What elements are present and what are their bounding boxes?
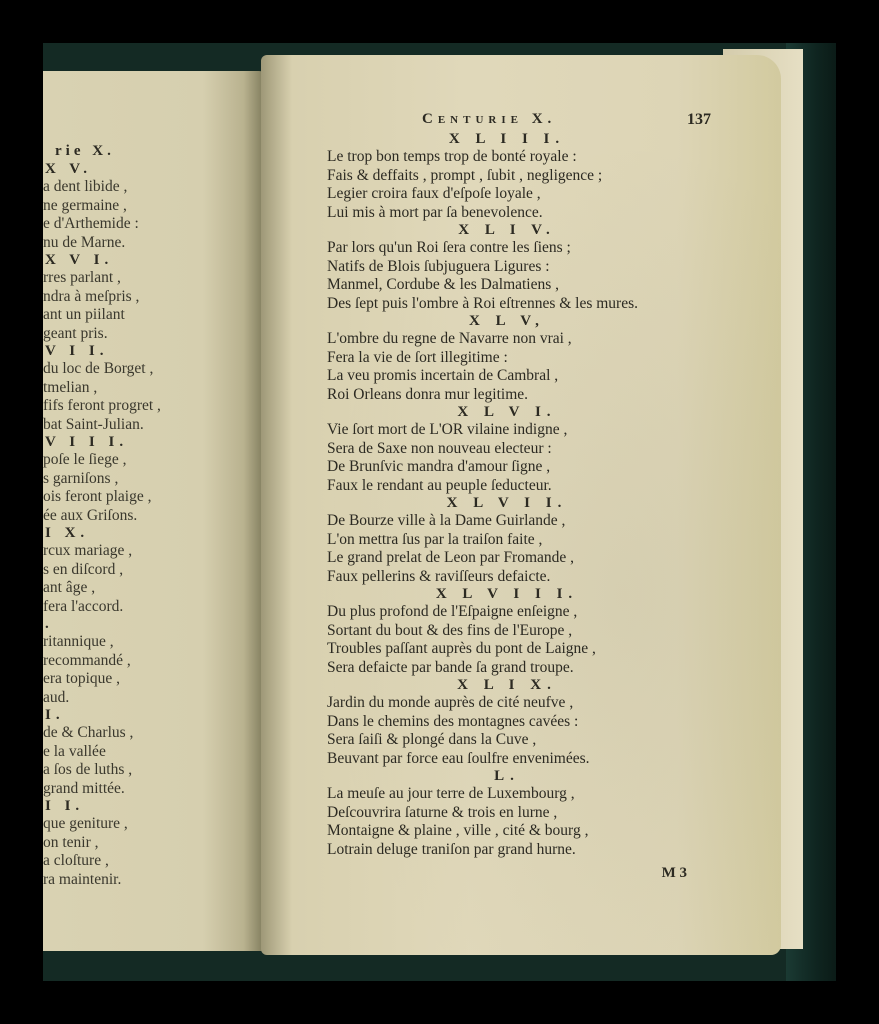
quatrain-number: X L V I. (327, 404, 687, 421)
verse-line: L'ombre du regne de Navarre non vrai , (327, 330, 727, 349)
left-running-head: rie X. (43, 143, 263, 161)
left-quatrain-number: . (43, 616, 263, 633)
left-verse-line: grand mittée. (43, 780, 263, 799)
verse-line: Manmel, Cordube & les Dalmatiens , (327, 276, 727, 295)
verse-line: Du plus profond de l'Eſpaigne enſeigne , (327, 603, 727, 622)
running-head-title: Centurie X. (422, 111, 556, 128)
left-quatrain-number: I. (43, 707, 263, 724)
left-quatrain-number: X V I. (43, 252, 263, 269)
verse-line: Lotrain deluge traniſon par grand hurne. (327, 841, 727, 860)
left-verse-line: on tenir , (43, 834, 263, 853)
verse-line: Sera defaicte par bande ſa grand troupe. (327, 659, 727, 678)
left-verse-line: a ſos de luths , (43, 761, 263, 780)
left-verse-line: rcux mariage , (43, 542, 263, 561)
quatrain-number: X L I V. (327, 222, 687, 239)
left-verse-line: nu de Marne. (43, 234, 263, 253)
verse-line: Faux le rendant au peuple ſeducteur. (327, 477, 727, 496)
verse-line: Beuvant par force eau ſoulfre envenimées… (327, 750, 727, 769)
verse-line: Troubles paſſant auprès du pont de Laign… (327, 640, 727, 659)
verse-line: Deſcouvrira ſaturne & trois en lurne , (327, 804, 727, 823)
verse-line: Legier croira faux d'eſpoſe loyale , (327, 185, 727, 204)
left-verse-line: rres parlant , (43, 269, 263, 288)
left-verse-line: recommandé , (43, 652, 263, 671)
verse-line: La veu promis incertain de Cambral , (327, 367, 727, 386)
left-page-text: rie X. X V.a dent libide ,ne germaine ,e… (43, 143, 263, 889)
left-verse-line: s en diſcord , (43, 561, 263, 580)
verse-line: De Brunſvic mandra d'amour ſigne , (327, 458, 727, 477)
quatrain-number: X L V I I. (327, 495, 687, 512)
left-verse-line: ritannique , (43, 633, 263, 652)
verse-line: Des ſept puis l'ombre à Roi eſtrennes & … (327, 295, 727, 314)
left-verse-line: ois feront plaige , (43, 488, 263, 507)
right-page: Centurie X. 137 X L I I I.Le trop bon te… (261, 55, 781, 955)
page-number: 137 (687, 111, 711, 129)
quatrain-number: X L V I I I. (327, 586, 687, 603)
left-verse-line: que geniture , (43, 815, 263, 834)
left-verse-line: a dent libide , (43, 178, 263, 197)
left-verse-line: ra maintenir. (43, 871, 263, 890)
left-verse-line: bat Saint-Julian. (43, 416, 263, 435)
left-verse-line: e d'Arthemide : (43, 215, 263, 234)
left-verse-line: ne germaine , (43, 197, 263, 216)
left-verse-line: de & Charlus , (43, 724, 263, 743)
verse-line: De Bourze ville à la Dame Guirlande , (327, 512, 727, 531)
verse-line: Natifs de Blois ſubjuguera Ligures : (327, 258, 727, 277)
left-verse-line: fera l'accord. (43, 598, 263, 617)
left-quatrain-number: X V. (43, 161, 263, 178)
verse-line: Fera la vie de ſort illegitime : (327, 349, 727, 368)
left-verse-line: ndra à meſpris , (43, 288, 263, 307)
verse-line: Par lors qu'un Roi ſera contre les ſiens… (327, 239, 727, 258)
left-quatrain-number: V I I I. (43, 434, 263, 451)
verse-line: Montaigne & plaine , ville , cité & bour… (327, 822, 727, 841)
left-verse-line: s garniſons , (43, 470, 263, 489)
verse-line: Le grand prelat de Leon par Fromande , (327, 549, 727, 568)
verse-line: Sortant du bout & des fins de l'Europe , (327, 622, 727, 641)
left-verse-line: a cloſture , (43, 852, 263, 871)
verse-line: Dans le chemins des montagnes cavées : (327, 713, 727, 732)
quatrain-number: X L V, (327, 313, 687, 330)
signature-mark: M 3 (327, 865, 687, 882)
verse-line: La meuſe au jour terre de Luxembourg , (327, 785, 727, 804)
verse-line: L'on mettra ſus par la traiſon faite , (327, 531, 727, 550)
verse-line: Jardin du monde auprès de cité neufve , (327, 694, 727, 713)
left-verse-line: ant un piilant (43, 306, 263, 325)
verse-line: Le trop bon temps trop de bonté royale : (327, 148, 727, 167)
left-verse-line: aud. (43, 689, 263, 708)
left-verse-line: fifs feront progret , (43, 397, 263, 416)
verse-line: Vie ſort mort de L'OR vilaine indigne , (327, 421, 727, 440)
left-verse-line: e la vallée (43, 743, 263, 762)
left-verse-line: du loc de Borget , (43, 360, 263, 379)
quatrain-number: X L I I I. (327, 131, 687, 148)
verse-line: Lui mis à mort par ſa benevolence. (327, 204, 727, 223)
right-page-text: Centurie X. 137 X L I I I.Le trop bon te… (327, 111, 727, 882)
running-head: Centurie X. 137 (327, 111, 727, 131)
left-quatrain-number: I X. (43, 525, 263, 542)
book-photo: rie X. X V.a dent libide ,ne germaine ,e… (43, 43, 836, 981)
verse-line: Sera ſaiſi & plongé dans la Cuve , (327, 731, 727, 750)
left-verse-line: ant âge , (43, 579, 263, 598)
left-verse-line: tmelian , (43, 379, 263, 398)
verse-line: Sera de Saxe non nouveau electeur : (327, 440, 727, 459)
left-page: rie X. X V.a dent libide ,ne germaine ,e… (43, 71, 271, 951)
left-verse-line: era topique , (43, 670, 263, 689)
quatrain-number: L. (327, 768, 687, 785)
left-verse-line: poſe le ſiege , (43, 451, 263, 470)
left-verse-line: geant pris. (43, 325, 263, 344)
left-quatrain-number: I I. (43, 798, 263, 815)
verse-line: Fais & deffaits , prompt , ſubit , negli… (327, 167, 727, 186)
left-verse-line: ée aux Griſons. (43, 507, 263, 526)
quatrain-number: X L I X. (327, 677, 687, 694)
verse-line: Faux pellerins & raviſſeurs defaicte. (327, 568, 727, 587)
left-quatrain-number: V I I. (43, 343, 263, 360)
verse-line: Roi Orleans donra mur legitime. (327, 386, 727, 405)
